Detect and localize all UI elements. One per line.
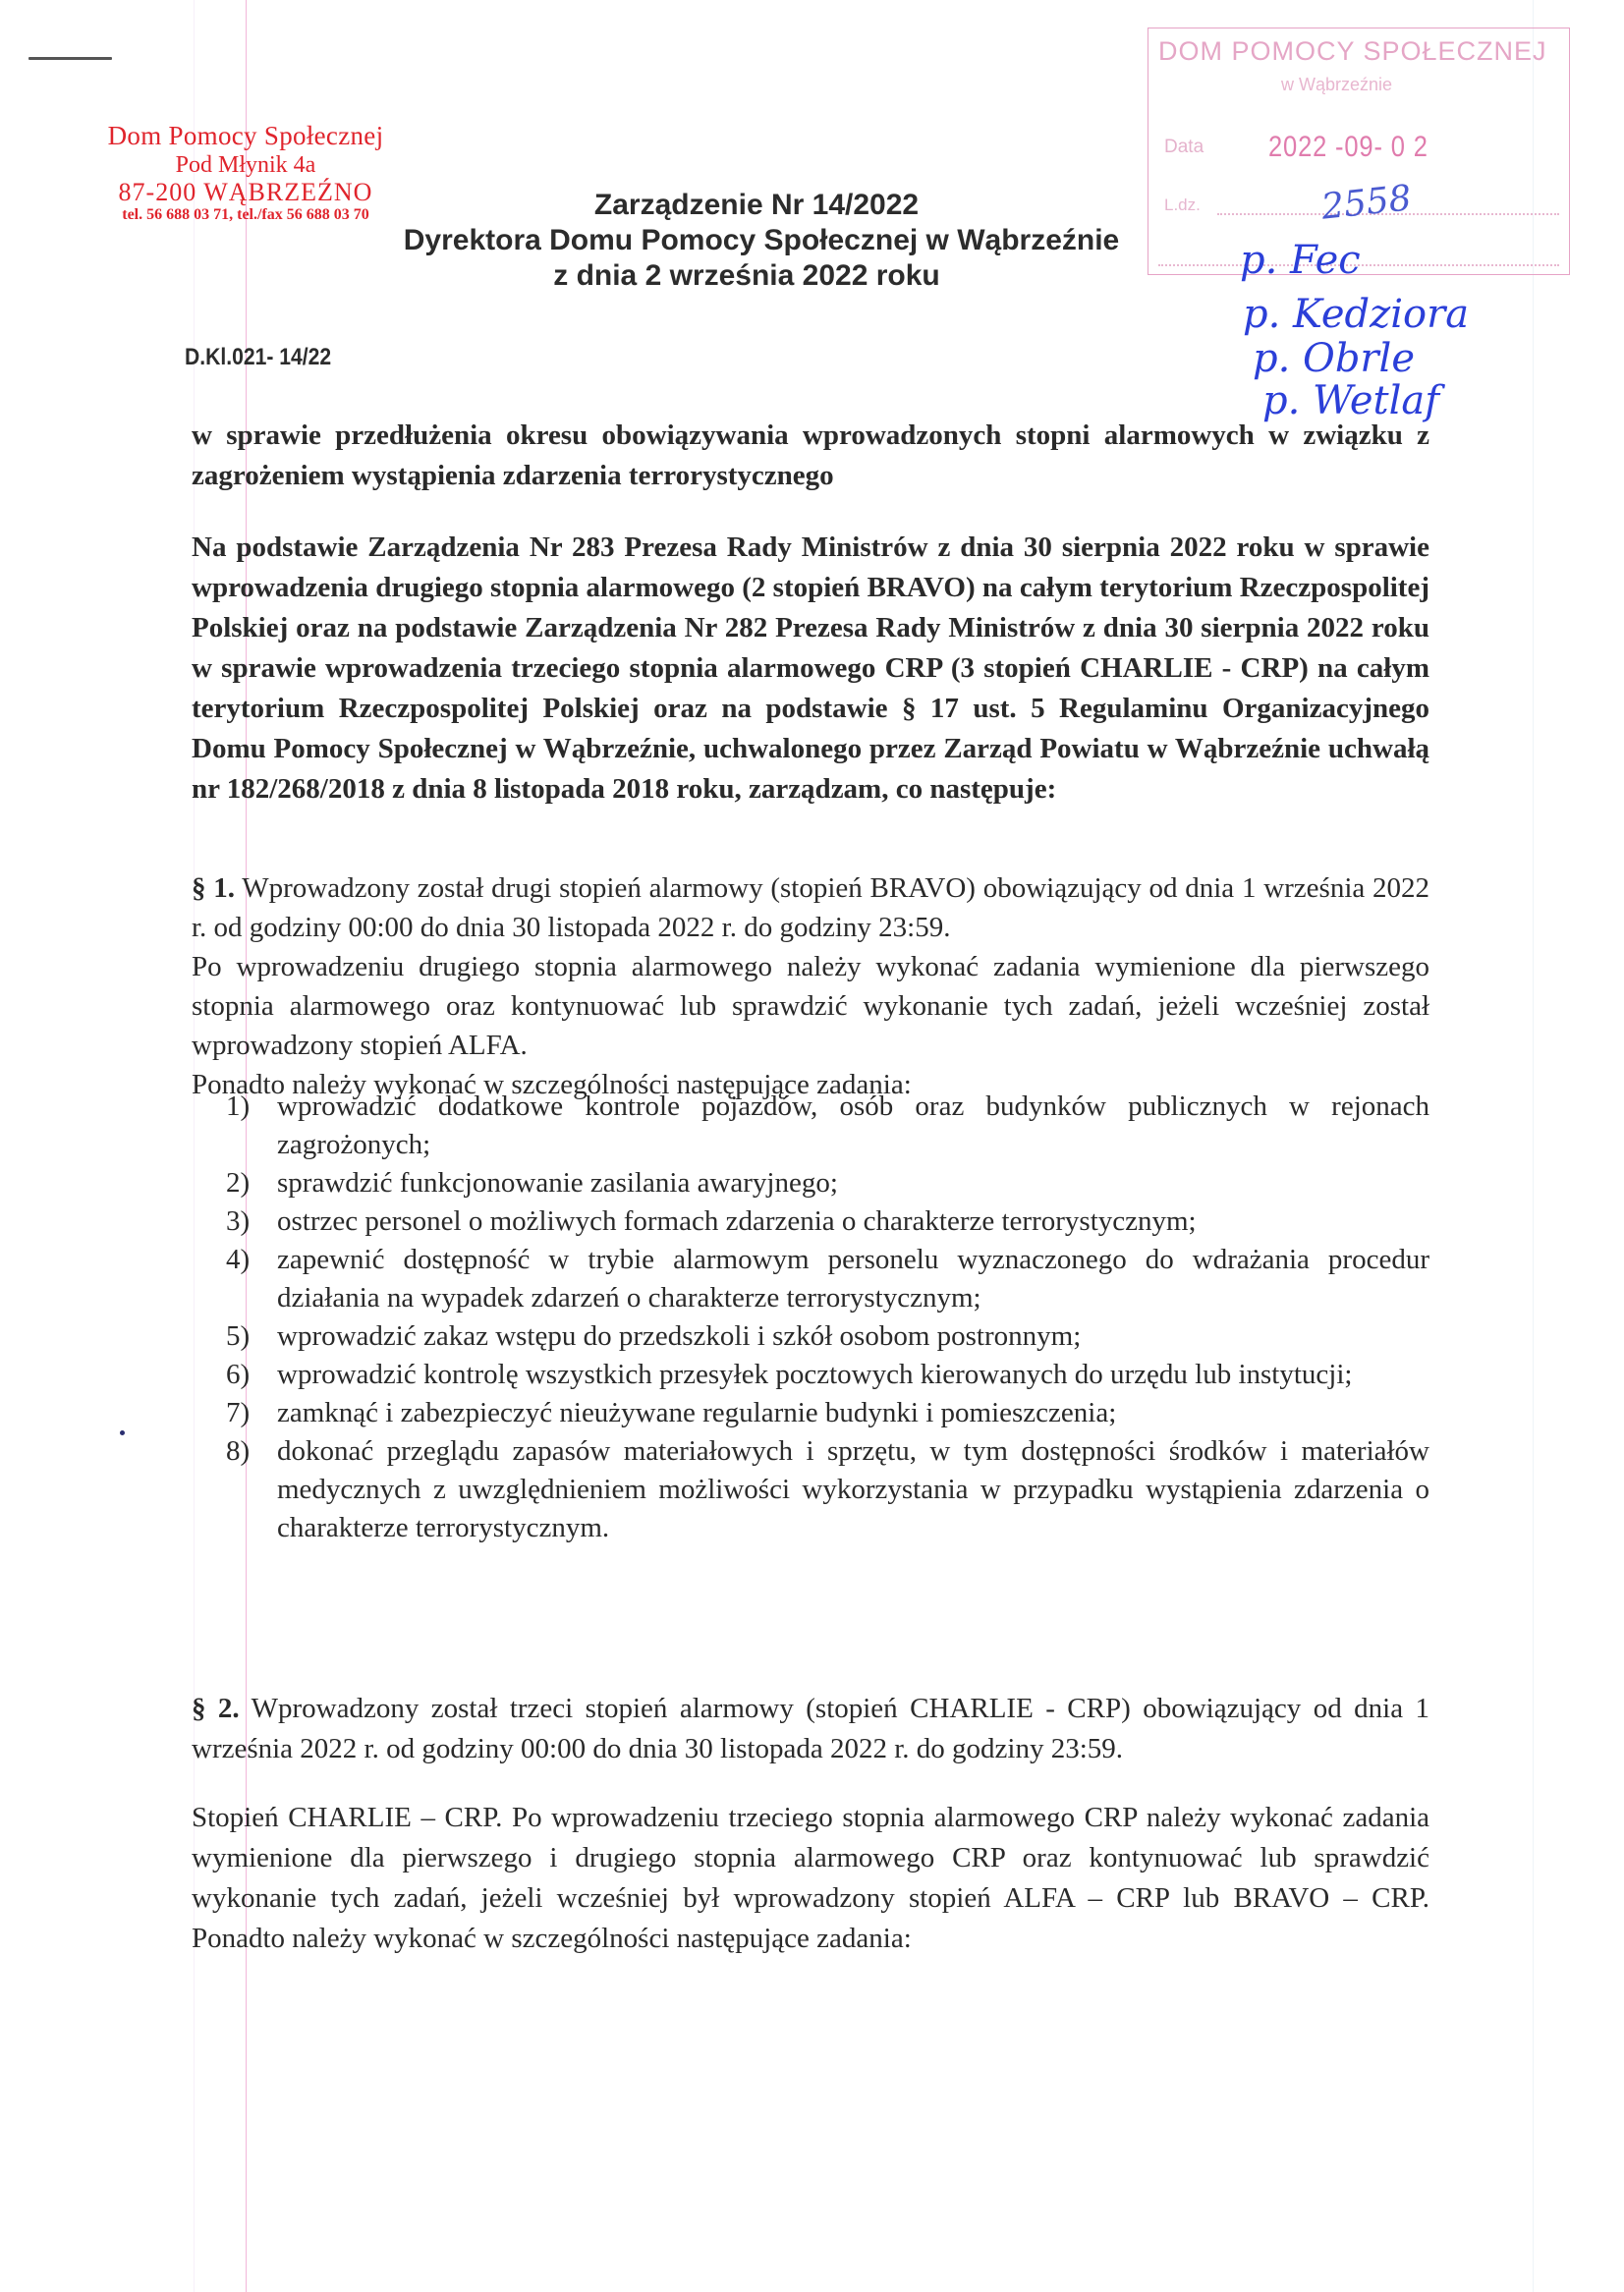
list-item: 4)zapewnić dostępność w trybie alarmowym… — [226, 1241, 1429, 1317]
registry-date-label: Data — [1164, 137, 1204, 158]
stamp-name: Dom Pomocy Społecznej — [88, 120, 403, 151]
handwritten-note: p. Kedziora — [1243, 295, 1469, 334]
list-item: 6)wprowadzić kontrolę wszystkich przesył… — [226, 1356, 1429, 1394]
legal-basis: Na podstawie Zarządzenia Nr 283 Prezesa … — [192, 528, 1429, 810]
scan-speck — [120, 1430, 125, 1435]
scan-artifact-line — [1533, 0, 1534, 2292]
title-line-1: Zarządzenie Nr 14/2022 — [255, 188, 1258, 223]
list-item: 8)dokonać przeglądu zapasów materiałowyc… — [226, 1432, 1429, 1547]
subject: w sprawie przedłużenia okresu obowiązywa… — [192, 416, 1429, 496]
title-line-3: z dnia 2 września 2022 roku — [236, 258, 1258, 294]
list-item: 5)wprowadzić zakaz wstępu do przedszkoli… — [226, 1317, 1429, 1356]
title-line-2: Dyrektora Domu Pomocy Społecznej w Wąbrz… — [265, 223, 1258, 258]
section-1-para-2: Po wprowadzeniu drugiego stopnia alarmow… — [192, 947, 1429, 1065]
list-item: 7)zamknąć i zabezpieczyć nieużywane regu… — [226, 1394, 1429, 1432]
reference-number: D.Kl.021- 14/22 — [185, 344, 331, 371]
section-2: § 2. Wprowadzony został trzeci stopień a… — [192, 1689, 1429, 1769]
section-1-para-1: § 1. Wprowadzony został drugi stopień al… — [192, 868, 1429, 947]
section-2-para-2: Stopień CHARLIE – CRP. Po wprowadzeniu t… — [192, 1798, 1429, 1959]
section-2-label: § 2. — [192, 1693, 240, 1724]
list-item: 2)sprawdzić funkcjonowanie zasilania awa… — [226, 1164, 1429, 1202]
dash-mark — [28, 57, 112, 60]
stamp-street: Pod Młynik 4a — [88, 151, 403, 179]
registry-stamp-header: DOM POMOCY SPOŁECZNEJ — [1158, 36, 1547, 67]
handwritten-note: p. Obrle — [1253, 339, 1415, 378]
handwritten-note: p. Fec — [1240, 241, 1361, 280]
section-1-label: § 1. — [192, 872, 235, 904]
handwritten-note: p. Wetlaf — [1262, 381, 1439, 420]
registry-date-value: 2022 -09- 0 2 — [1268, 131, 1428, 164]
registry-stamp-subheader: w Wąbrzeźnie — [1281, 75, 1392, 95]
section-1: § 1. Wprowadzony został drugi stopień al… — [192, 868, 1429, 1104]
document-title: Zarządzenie Nr 14/2022 Dyrektora Domu Po… — [373, 188, 1258, 294]
task-list: 1)wprowadzić dodatkowe kontrole pojazdów… — [226, 1088, 1429, 1547]
list-item: 1)wprowadzić dodatkowe kontrole pojazdów… — [226, 1088, 1429, 1164]
list-item: 3)ostrzec personel o możliwych formach z… — [226, 1202, 1429, 1241]
